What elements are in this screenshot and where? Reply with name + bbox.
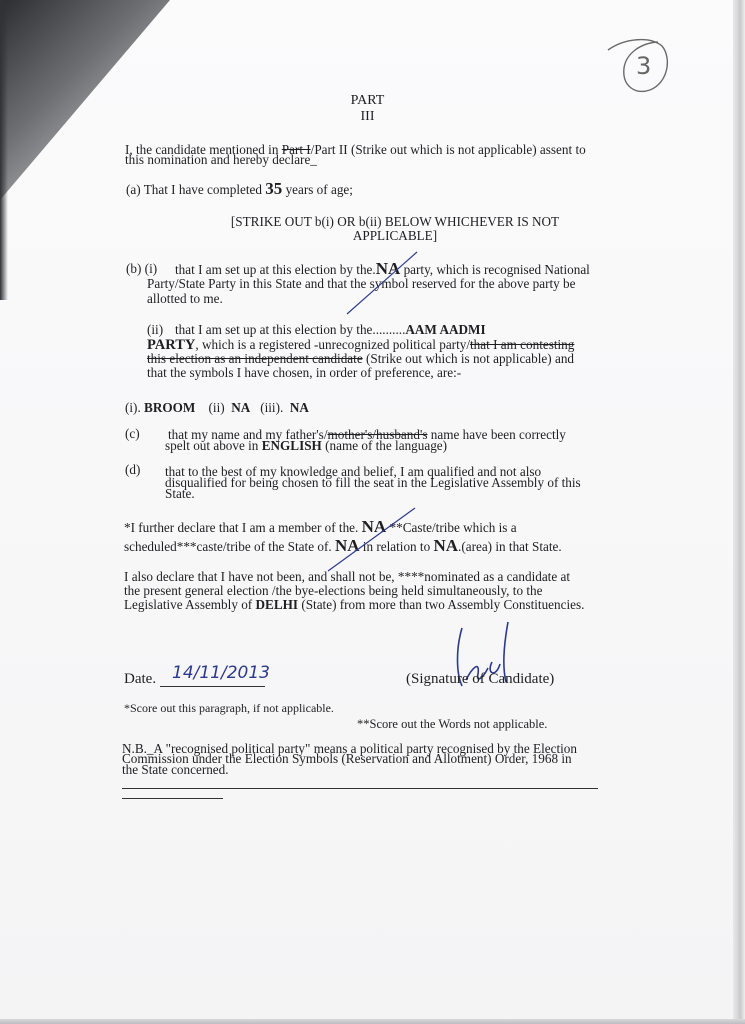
date-label: Date. [124,673,156,685]
caste-line-1: *I further declare that I am a member of… [124,521,517,534]
footer-rule [122,788,598,789]
item-b-i-line-3: allotted to me. [147,293,223,305]
item-b-i-label: (b) (i) [126,263,157,275]
footnote-1: *Score out this paragraph, if not applic… [124,702,334,714]
item-d-line-3: State. [165,488,195,500]
age-value: 35 [265,179,282,198]
item-d-line-2: disqualified for being chosen to fill th… [165,477,581,489]
item-a-age: (a) That I have completed 35 years of ag… [126,183,353,196]
nb-line-3: the State concerned. [122,764,229,776]
part-heading: PART [0,95,735,107]
item-c-line-2: spelt out above in ENGLISH (name of the … [165,440,447,452]
footer-rule-short [122,798,223,799]
item-b-ii-line-2: PARTY, which is a registered -unrecogniz… [147,339,574,351]
also-declare-line-3: Legislative Assembly of DELHI (State) fr… [124,599,584,611]
signature-label: (Signature of Candidate) [406,673,554,685]
intro-line-2: this nomination and hereby declare_ [125,154,317,166]
also-declare-line-2: the present general election /the bye-el… [124,585,542,597]
strike-through-mark [325,505,420,575]
circled-page-number-icon: 3 [600,28,680,98]
footnote-2: **Score out the Words not applicable. [357,718,547,730]
symbols-list: (i). BROOM (ii) NA (iii). NA [125,402,309,414]
page-bottom-edge [0,1019,745,1024]
instruction-line-1: [STRIKE OUT b(i) OR b(ii) BELOW WHICHEVE… [130,216,660,228]
item-b-ii-line-3: this election as an independent candidat… [147,353,574,365]
svg-text:3: 3 [636,52,651,80]
item-d-label: (d) [125,464,140,476]
item-b-ii-line-1: that I am set up at this election by the… [175,324,486,336]
scanned-page: 3 PART III I, the candidate mentioned in… [0,0,735,1020]
item-b-ii-label: (ii) [147,324,163,336]
part-number: III [0,111,735,123]
also-declare-line-1: I also declare that I have not been, and… [124,571,570,583]
item-b-ii-line-4: that the symbols I have chosen, in order… [147,367,461,379]
instruction-line-2: APPLICABLE] [130,230,660,242]
date-value: 14/11/2013 [172,667,270,679]
page-stack-edge [733,0,745,1024]
strike-through-mark [345,248,425,318]
page-shadow [0,0,8,300]
date-underline [160,686,265,687]
item-c-label: (c) [125,428,140,440]
